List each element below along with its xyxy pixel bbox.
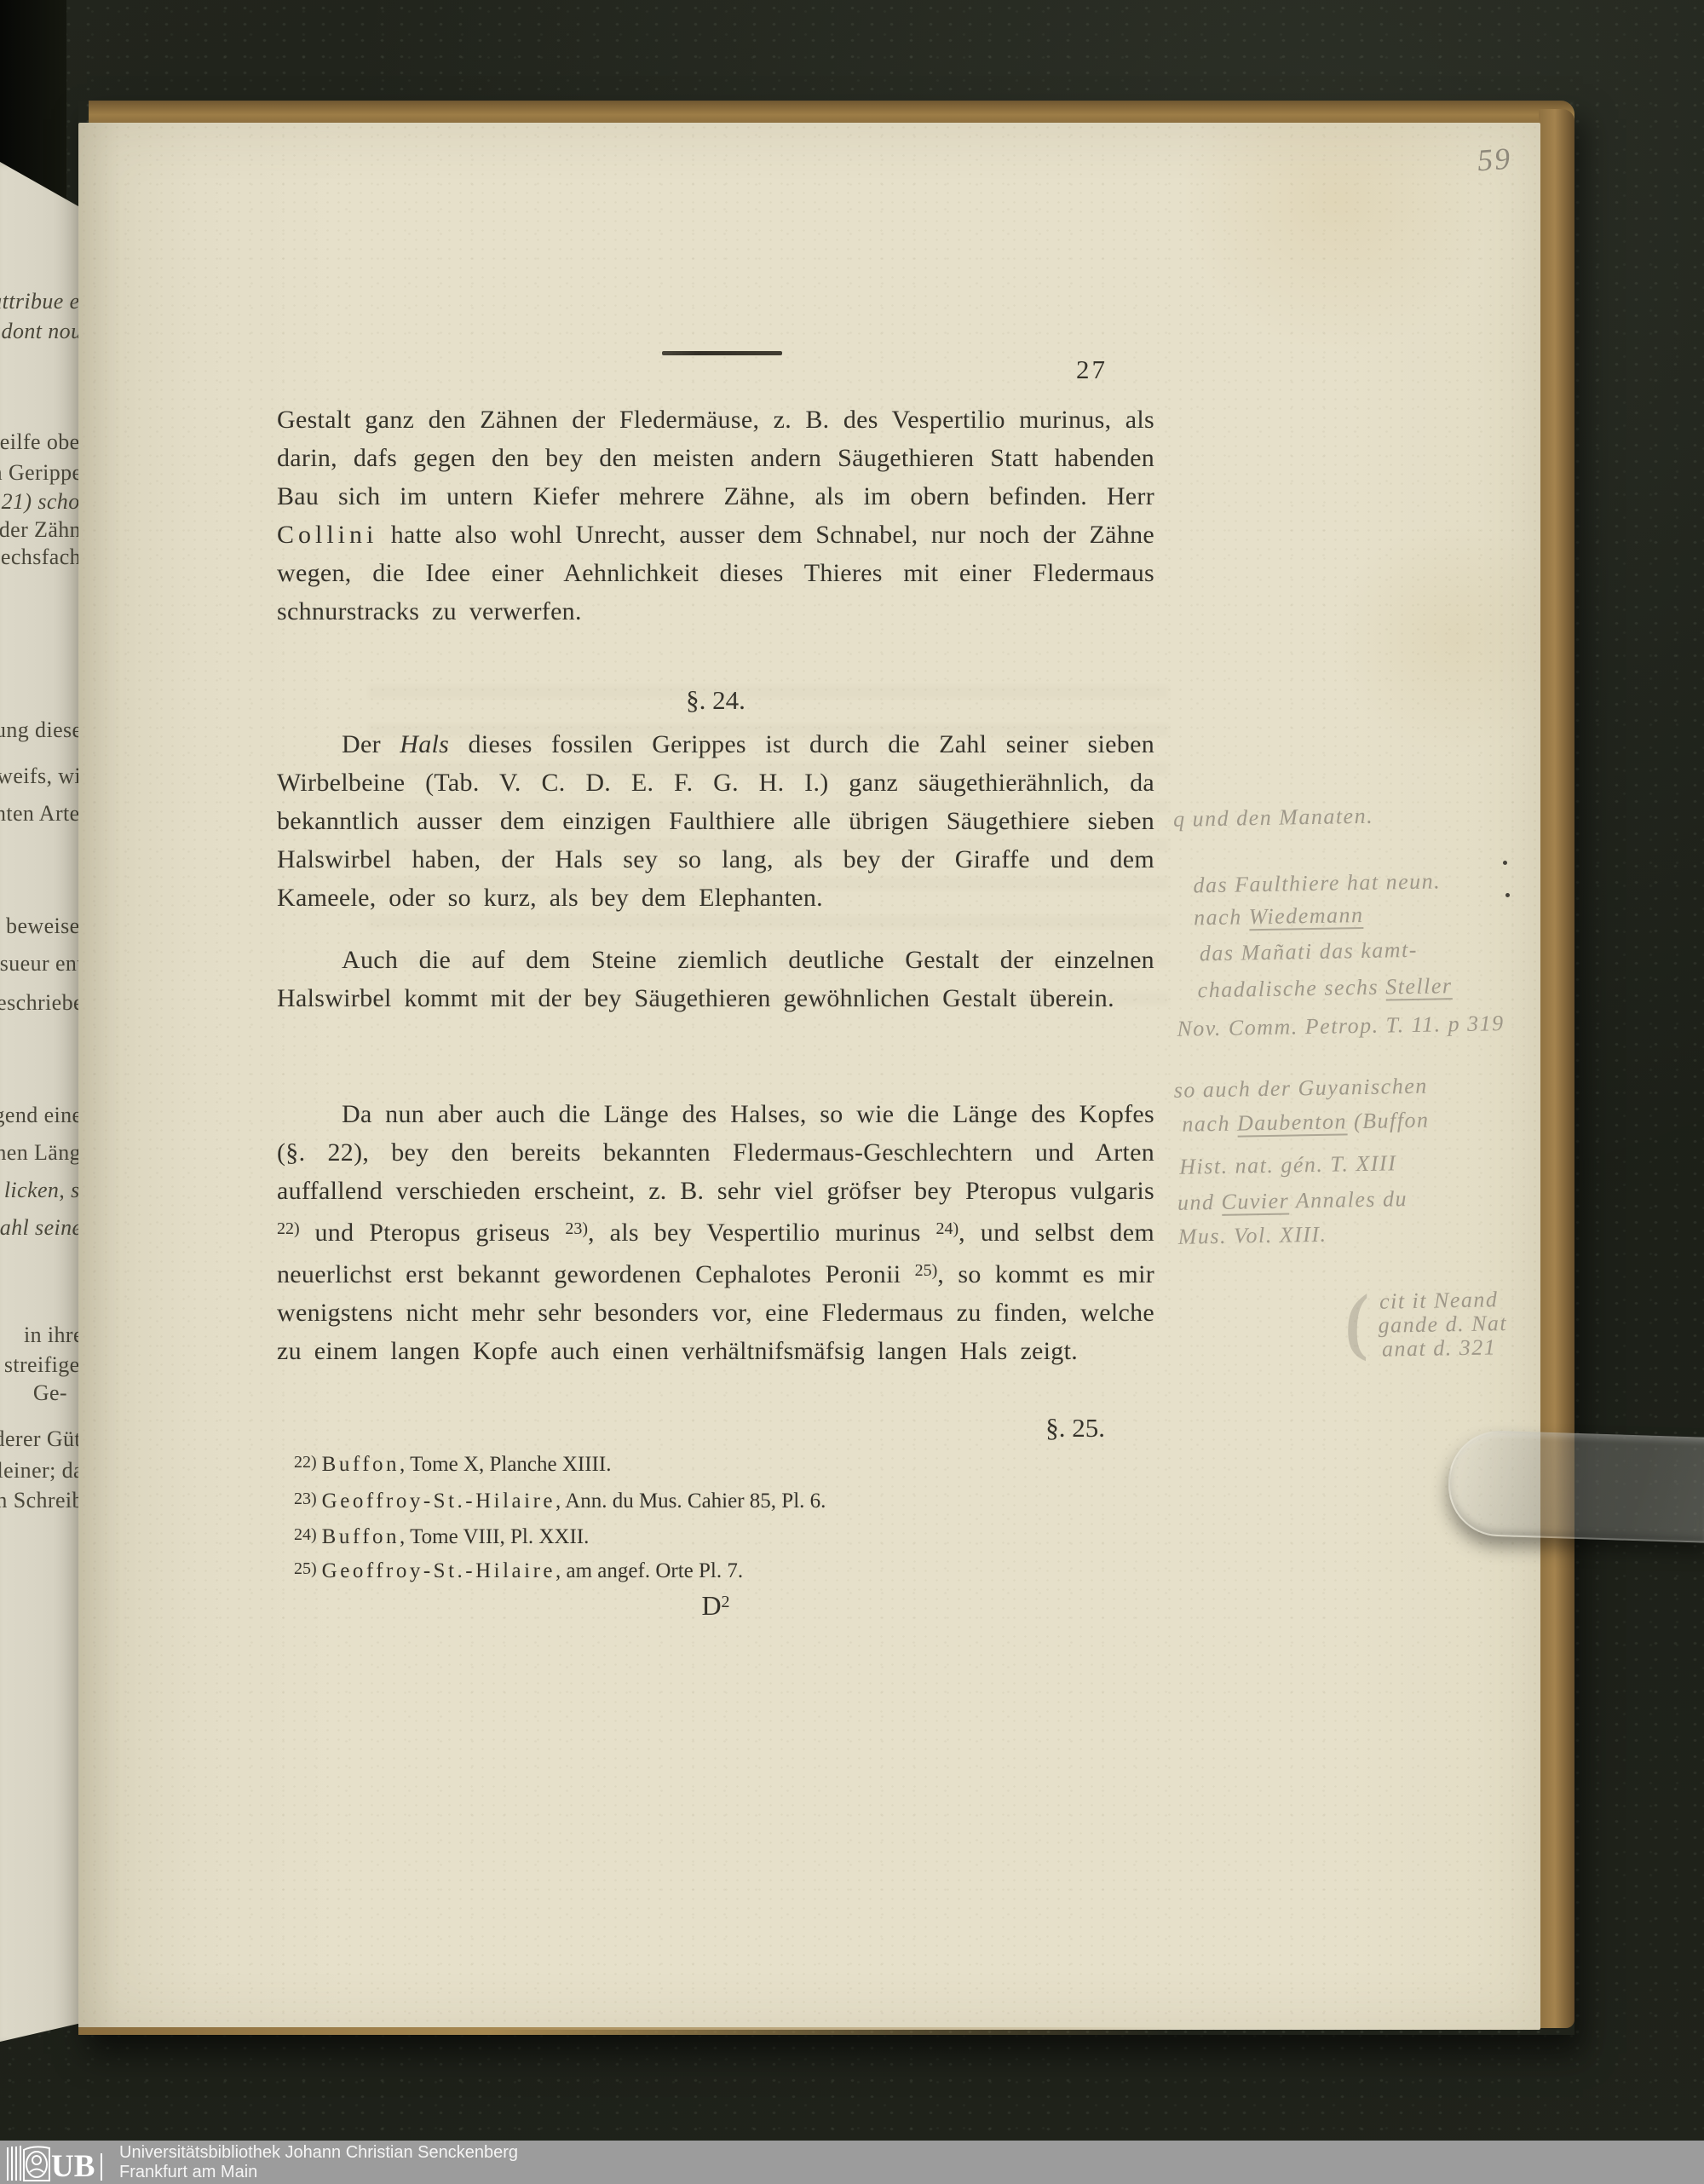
marginalia-text: (Buffon <box>1347 1108 1430 1134</box>
marginalia-underlined: Wiedemann <box>1248 902 1363 931</box>
printed-page-number: 27 <box>1076 354 1108 385</box>
marginalia-line: q und den Manaten. <box>1173 804 1373 833</box>
footnote-ref-24: 24) <box>935 1219 958 1238</box>
marginalia-line: nach Wiedemann <box>1194 902 1364 931</box>
facing-fragment: weifs, wie <box>0 764 91 789</box>
footnote-24: 24)Buffon, Tome VIII, Pl. XXII. <box>294 1525 589 1549</box>
plastic-page-clip[interactable] <box>1447 1429 1704 1543</box>
section-heading-24: §. 24. <box>277 685 1154 716</box>
facing-fragment: sueur ent- <box>0 951 91 977</box>
facing-fragment: e, beweisen <box>0 913 91 939</box>
facing-fragment: e eilfe oben <box>0 429 91 455</box>
marginalia-text: Annales du <box>1289 1186 1408 1213</box>
marginalia-text: nach <box>1182 1111 1237 1137</box>
marginalia-underlined: Cuvier <box>1221 1189 1289 1216</box>
marginalia-line: chadalische sechs Steller <box>1197 973 1452 1003</box>
marginalia-line: und Cuvier Annales du <box>1177 1186 1408 1216</box>
facing-fragment: der Zähne <box>0 517 91 543</box>
marginalia-line: anat d. 321 <box>1382 1334 1497 1362</box>
author-name-collini: Collini <box>277 521 377 549</box>
facing-fragment: s 21) schon <box>0 489 91 515</box>
footnote-text: , Tome X, Planche XIIII. <box>400 1453 611 1476</box>
signature-letter: D <box>701 1590 721 1621</box>
paragraph-text: Auch die auf dem Steine ziemlich deutlic… <box>277 946 1154 1012</box>
facing-fragment: nderer Güte <box>0 1426 91 1452</box>
footnote-marker: 25) <box>294 1559 317 1578</box>
signature-sup: 2 <box>722 1593 730 1611</box>
footnote-text: , Tome VIII, Pl. XXII. <box>400 1525 589 1548</box>
paragraph-text: Der <box>342 730 400 758</box>
ub-library-logo-icon: UB <box>5 2143 106 2182</box>
term-hals-italic: Hals <box>400 730 449 758</box>
marginalia-line: Hist. nat. gén. T. XIII <box>1179 1150 1396 1179</box>
footnote-ref-23: 23) <box>565 1219 588 1238</box>
facing-fragment: les dont nous <box>0 319 91 344</box>
facing-fragment: en Gerippes <box>0 460 91 486</box>
footnote-marker: 24) <box>294 1525 317 1544</box>
facing-fragment: e j'attribue en <box>0 289 91 314</box>
library-footer-bar: UB Universitätsbibliothek Johann Christi… <box>0 2141 1704 2184</box>
pencil-marginalia: q und den Manaten. das Faulthiere hat ne… <box>1166 793 1560 1414</box>
library-name-line2: Frankfurt am Main <box>119 2163 518 2182</box>
paragraph-continuation: Gestalt ganz den Zähnen der Fledermäuse,… <box>277 400 1154 631</box>
footnote-ref-25: 25) <box>915 1261 938 1280</box>
facing-fragment: kleiner; da- <box>0 1458 91 1484</box>
facing-fragment: ung dieses <box>0 717 91 743</box>
section-heading-25: §. 25. <box>1045 1413 1105 1444</box>
facing-fragment: ahl seiner <box>0 1215 91 1241</box>
marginalia-line: das Mañati das kamt- <box>1200 937 1419 966</box>
facing-fragment: Ge- <box>33 1380 67 1406</box>
signature-mark: D2 <box>277 1590 1154 1622</box>
footnote-25: 25)Geoffroy-St.-Hilaire, am angef. Orte … <box>294 1559 743 1583</box>
paragraph-neck: Der Hals dieses fossilen Gerippes ist du… <box>277 725 1154 917</box>
facing-fragment: gend eines <box>0 1103 91 1128</box>
section-divider-rule <box>662 351 782 355</box>
footnote-author: Buffon <box>322 1453 400 1476</box>
paragraph-comparison: Da nun aber auch die Länge des Halses, s… <box>277 1095 1154 1370</box>
marginalia-line: das Faulthiere hat neun. <box>1193 868 1441 898</box>
facing-fragment: nen Schreib- <box>0 1488 91 1513</box>
ub-logo-text: UB <box>51 2149 95 2182</box>
footnote-text: , am angef. Orte Pl. 7. <box>556 1559 743 1582</box>
paragraph-text: und Pteropus griseus <box>300 1219 566 1247</box>
marginalia-text: chadalische sechs <box>1197 975 1385 1003</box>
marginalia-flourish: ( <box>1336 1277 1374 1365</box>
marginalia-line: Mus. Vol. XIII. <box>1177 1222 1327 1250</box>
library-name-line1: Universitätsbibliothek Johann Christian … <box>119 2143 518 2163</box>
facing-fragment: beschriebe- <box>0 990 91 1016</box>
footnote-author: Geoffroy-St.-Hilaire <box>322 1490 556 1513</box>
paragraph-text: hatte also wohl Unrecht, ausser dem Schn… <box>277 521 1154 625</box>
paragraph-vertebrae: Auch die auf dem Steine ziemlich deutlic… <box>277 941 1154 1017</box>
marginalia-line: Nov. Comm. Petrop. T. 11. p 319 <box>1177 1011 1505 1042</box>
footnote-marker: 22) <box>294 1453 317 1472</box>
page-bottom-edge <box>78 2027 1542 2035</box>
marginalia-underlined: Daubenton <box>1237 1109 1348 1137</box>
footnote-author: Buffon <box>322 1525 400 1548</box>
library-name: Universitätsbibliothek Johann Christian … <box>119 2143 518 2182</box>
marginalia-underlined: Steller <box>1385 973 1453 1000</box>
paragraph-text: Da nun aber auch die Länge des Halses, s… <box>277 1100 1154 1205</box>
footnote-22: 22)Buffon, Tome X, Planche XIIII. <box>294 1453 611 1477</box>
marginalia-line: nach Daubenton (Buffon <box>1182 1108 1430 1138</box>
marginalia-text: nach <box>1194 904 1249 930</box>
marginalia-line: so auch der Guyanischen <box>1173 1074 1428 1104</box>
facing-fragment: nnten Arten <box>0 801 91 827</box>
footnote-ref-22: 22) <box>277 1219 300 1238</box>
footnote-text: , Ann. du Mus. Cahier 85, Pl. 6. <box>556 1490 826 1513</box>
footnote-author: Geoffroy-St.-Hilaire <box>322 1559 556 1582</box>
handwritten-folio-number: 59 <box>1477 141 1513 179</box>
footnote-marker: 23) <box>294 1490 317 1508</box>
book-scan-page: e j'attribue en les dont nous e eilfe ob… <box>0 0 1704 2184</box>
facing-fragment: hen Länge <box>0 1140 91 1166</box>
paragraph-text: , als bey Vespertilio murinus <box>588 1219 935 1247</box>
paragraph-text: Gestalt ganz den Zähnen der Fledermäuse,… <box>277 406 1154 510</box>
footnote-23: 23)Geoffroy-St.-Hilaire, Ann. du Mus. Ca… <box>294 1490 826 1513</box>
facing-fragment: sechsfache <box>0 545 91 570</box>
marginalia-text: und <box>1177 1190 1222 1215</box>
